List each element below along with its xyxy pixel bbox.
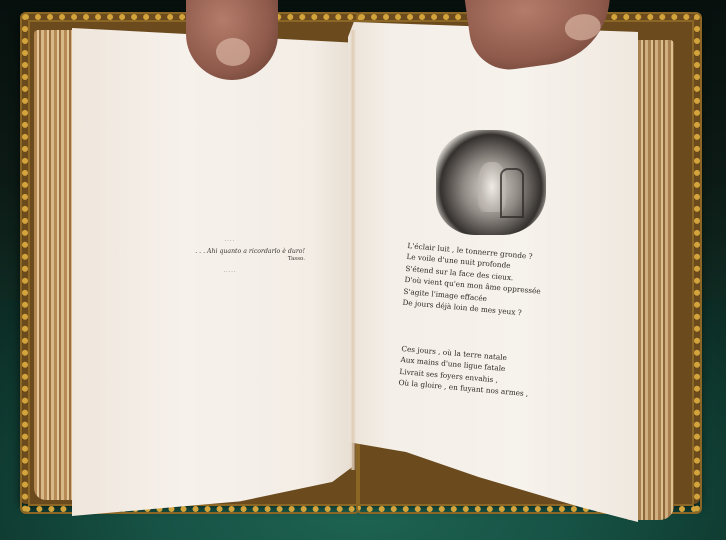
page-edges-left	[34, 30, 74, 500]
fingernail-left	[216, 38, 250, 66]
open-book: ···· . . . Ahi quanto a ricordarlo è dur…	[0, 0, 726, 540]
ornament-top: ····	[155, 238, 305, 244]
left-page-epigraph-block: ···· . . . Ahi quanto a ricordarlo è dur…	[155, 238, 305, 275]
ornament-bottom: ·····	[155, 269, 305, 275]
poem-stanza-1: L'éclair luit , le tonnerre gronde ? Le …	[402, 240, 544, 320]
book-gutter	[350, 30, 356, 470]
engraving-chair	[500, 168, 524, 218]
epigraph-attribution: Tasso.	[155, 256, 305, 262]
epigraph: . . . Ahi quanto a ricordarlo è duro!	[155, 248, 305, 255]
